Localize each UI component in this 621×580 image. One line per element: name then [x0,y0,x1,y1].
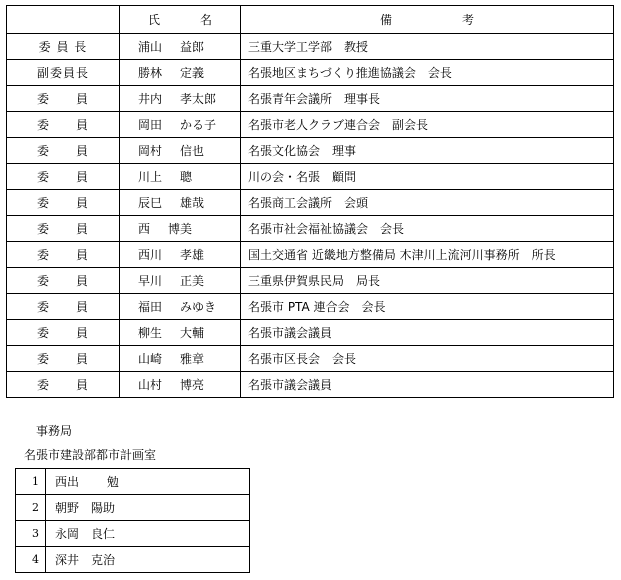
member-role: 委 員 [7,372,120,398]
member-given-name: 大輔 [180,326,204,340]
member-note: 名張商工会議所 会頭 [241,190,614,216]
member-role: 委 員 [7,190,120,216]
member-given-name: 聰 [180,170,192,184]
member-note: 名張市老人クラブ連合会 副会長 [241,112,614,138]
header-note: 備考 [241,6,614,34]
member-note: 名張市社会福祉協議会 会長 [241,216,614,242]
header-name: 氏名 [120,6,241,34]
member-name: 福田みゆき [120,294,241,320]
member-note: 名張青年会議所 理事長 [241,86,614,112]
staff-number: 1 [16,469,46,495]
staff-name: 深井 克治 [46,547,250,573]
header-note-char-1: 備 [380,11,392,28]
table-row: 委 員早川正美三重県伊賀県民局 局長 [7,268,614,294]
secretariat-staff-table: 1西出 勉2朝野 陽助3永岡 良仁4深井 克治 [15,468,250,573]
member-name: 早川正美 [120,268,241,294]
member-name: 辰巳雄哉 [120,190,241,216]
member-surname: 早川 [138,274,162,288]
member-role: 委 員 [7,164,120,190]
member-note: 三重大学工学部 教授 [241,34,614,60]
member-surname: 勝林 [138,66,162,80]
member-given-name: みゆき [180,300,216,314]
member-name: 勝林定義 [120,60,241,86]
table-row: 委 員福田みゆき名張市 PTA 連合会 会長 [7,294,614,320]
member-name: 山村博亮 [120,372,241,398]
staff-number: 2 [16,495,46,521]
member-surname: 山村 [138,378,162,392]
member-surname: 岡村 [138,144,162,158]
member-surname: 川上 [138,170,162,184]
member-surname: 辰巳 [138,196,162,210]
member-given-name: 雅章 [180,352,204,366]
member-given-name: 博亮 [180,378,204,392]
member-note: 名張地区まちづくり推進協議会 会長 [241,60,614,86]
member-given-name: 正美 [180,274,204,288]
member-name: 岡村信也 [120,138,241,164]
member-role: 委 員 [7,346,120,372]
committee-members-table: 氏名 備考 委 員 長浦山益郎三重大学工学部 教授副委員長勝林定義名張地区まちづ… [6,5,614,398]
table-row: 委 員山村博亮名張市議会議員 [7,372,614,398]
member-name: 川上聰 [120,164,241,190]
table-row: 委 員西博美名張市社会福祉協議会 会長 [7,216,614,242]
member-role: 委 員 [7,294,120,320]
member-name: 岡田かる子 [120,112,241,138]
secretariat-label: 事務局 [36,422,72,439]
table-row: 委 員井内孝太郎名張青年会議所 理事長 [7,86,614,112]
member-note: 三重県伊賀県民局 局長 [241,268,614,294]
member-note: 名張市区長会 会長 [241,346,614,372]
staff-name: 朝野 陽助 [46,495,250,521]
member-role: 委 員 [7,216,120,242]
table-row: 委 員柳生大輔名張市議会議員 [7,320,614,346]
member-surname: 浦山 [138,40,162,54]
member-name: 山崎雅章 [120,346,241,372]
member-surname: 西川 [138,248,162,262]
member-note: 国土交通省 近畿地方整備局 木津川上流河川事務所 所長 [241,242,614,268]
header-role [7,6,120,34]
table-row: 委 員西川孝雄国土交通省 近畿地方整備局 木津川上流河川事務所 所長 [7,242,614,268]
table-row: 委 員岡村信也名張文化協会 理事 [7,138,614,164]
member-note: 川の会・名張 顧問 [241,164,614,190]
member-note: 名張文化協会 理事 [241,138,614,164]
member-given-name: 定義 [180,66,204,80]
table-row: 3永岡 良仁 [16,521,250,547]
member-name: 井内孝太郎 [120,86,241,112]
member-role: 委 員 [7,320,120,346]
table-row: 2朝野 陽助 [16,495,250,521]
member-given-name: 信也 [180,144,204,158]
member-role: 副委員長 [7,60,120,86]
member-note: 名張市議会議員 [241,372,614,398]
member-role: 委 員 [7,138,120,164]
member-given-name: 博美 [168,222,192,236]
member-surname: 山崎 [138,352,162,366]
member-given-name: 益郎 [180,40,204,54]
member-surname: 井内 [138,92,162,106]
table-row: 4深井 克治 [16,547,250,573]
member-given-name: かる子 [180,118,216,132]
header-name-char-1: 氏 [148,11,160,28]
header-note-char-2: 考 [462,11,474,28]
member-surname: 福田 [138,300,162,314]
header-name-char-2: 名 [200,11,212,28]
member-given-name: 雄哉 [180,196,204,210]
table-row: 委 員山崎雅章名張市区長会 会長 [7,346,614,372]
member-name: 西川孝雄 [120,242,241,268]
member-role: 委 員 [7,268,120,294]
table-header-row: 氏名 備考 [7,6,614,34]
table-row: 1西出 勉 [16,469,250,495]
member-role: 委 員 [7,112,120,138]
member-role: 委 員 [7,242,120,268]
member-surname: 西 [138,222,150,236]
table-row: 委 員岡田かる子名張市老人クラブ連合会 副会長 [7,112,614,138]
table-row: 委 員川上聰川の会・名張 顧問 [7,164,614,190]
member-role: 委 員 長 [7,34,120,60]
staff-number: 3 [16,521,46,547]
table-row: 委 員辰巳雄哉名張商工会議所 会頭 [7,190,614,216]
member-surname: 柳生 [138,326,162,340]
member-role: 委 員 [7,86,120,112]
staff-number: 4 [16,547,46,573]
member-note: 名張市 PTA 連合会 会長 [241,294,614,320]
member-name: 西博美 [120,216,241,242]
member-surname: 岡田 [138,118,162,132]
member-given-name: 孝太郎 [180,92,216,106]
staff-name: 永岡 良仁 [46,521,250,547]
table-row: 委 員 長浦山益郎三重大学工学部 教授 [7,34,614,60]
table-row: 副委員長勝林定義名張地区まちづくり推進協議会 会長 [7,60,614,86]
staff-name: 西出 勉 [46,469,250,495]
member-name: 浦山益郎 [120,34,241,60]
member-note: 名張市議会議員 [241,320,614,346]
member-given-name: 孝雄 [180,248,204,262]
member-name: 柳生大輔 [120,320,241,346]
department-label: 名張市建設部都市計画室 [24,446,156,463]
